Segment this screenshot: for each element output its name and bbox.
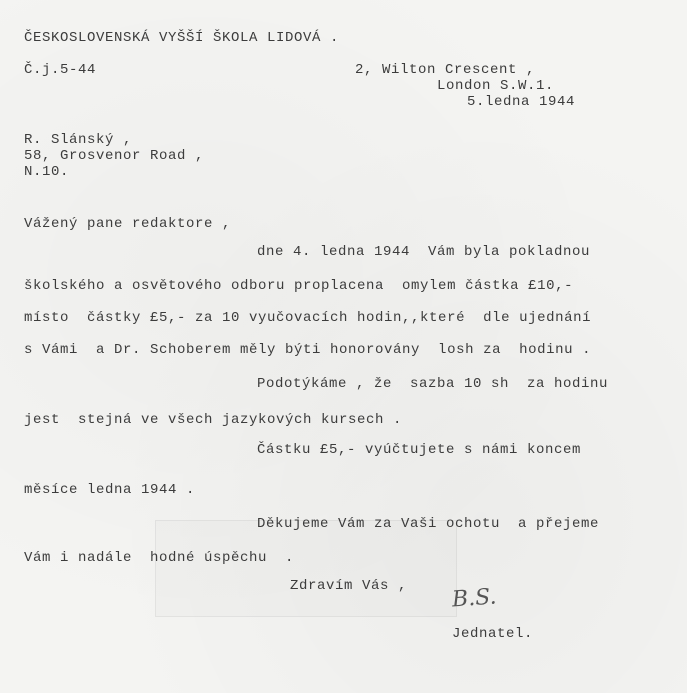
letter-page: ČESKOSLOVENSKÁ VYŠŠÍ ŠKOLA LIDOVÁ . Č.j.… (0, 0, 687, 693)
signatory-title: Jednatel. (452, 626, 533, 642)
body-line: s Vámi a Dr. Schoberem měly býti honorov… (24, 342, 591, 358)
recipient-street: 58, Grosvenor Road , (24, 148, 204, 164)
body-line: Děkujeme Vám za Vaši ochotu a přejeme (257, 516, 599, 532)
salutation: Vážený pane redaktore , (24, 216, 231, 232)
body-line: měsíce ledna 1944 . (24, 482, 195, 498)
recipient-name: R. Slánský , (24, 132, 132, 148)
recipient-district: N.10. (24, 164, 69, 180)
body-line: Podotýkáme , že sazba 10 sh za hodinu (257, 376, 608, 392)
body-line: jest stejná ve všech jazykových kursech … (24, 412, 402, 428)
body-line: místo částky £5,- za 10 vyučovacích hodi… (24, 310, 591, 326)
handwritten-signature: B.S. (451, 584, 497, 612)
letter-date: 5.ledna 1944 (467, 94, 575, 110)
body-line: Vám i nadále hodné úspěchu . (24, 550, 294, 566)
bleedthrough-stamp (155, 520, 457, 617)
body-line: Částku £5,- vyúčtujete s námi koncem (257, 442, 581, 458)
body-line: dne 4. ledna 1944 Vám byla pokladnou (257, 244, 590, 260)
body-line: školského a osvětového odboru proplacena… (24, 278, 573, 294)
sender-street: 2, Wilton Crescent , (355, 62, 535, 78)
closing: Zdravím Vás , (290, 578, 407, 594)
reference-number: Č.j.5-44 (24, 62, 96, 78)
sender-city: London S.W.1. (437, 78, 554, 94)
letterhead-institution: ČESKOSLOVENSKÁ VYŠŠÍ ŠKOLA LIDOVÁ . (24, 30, 339, 46)
